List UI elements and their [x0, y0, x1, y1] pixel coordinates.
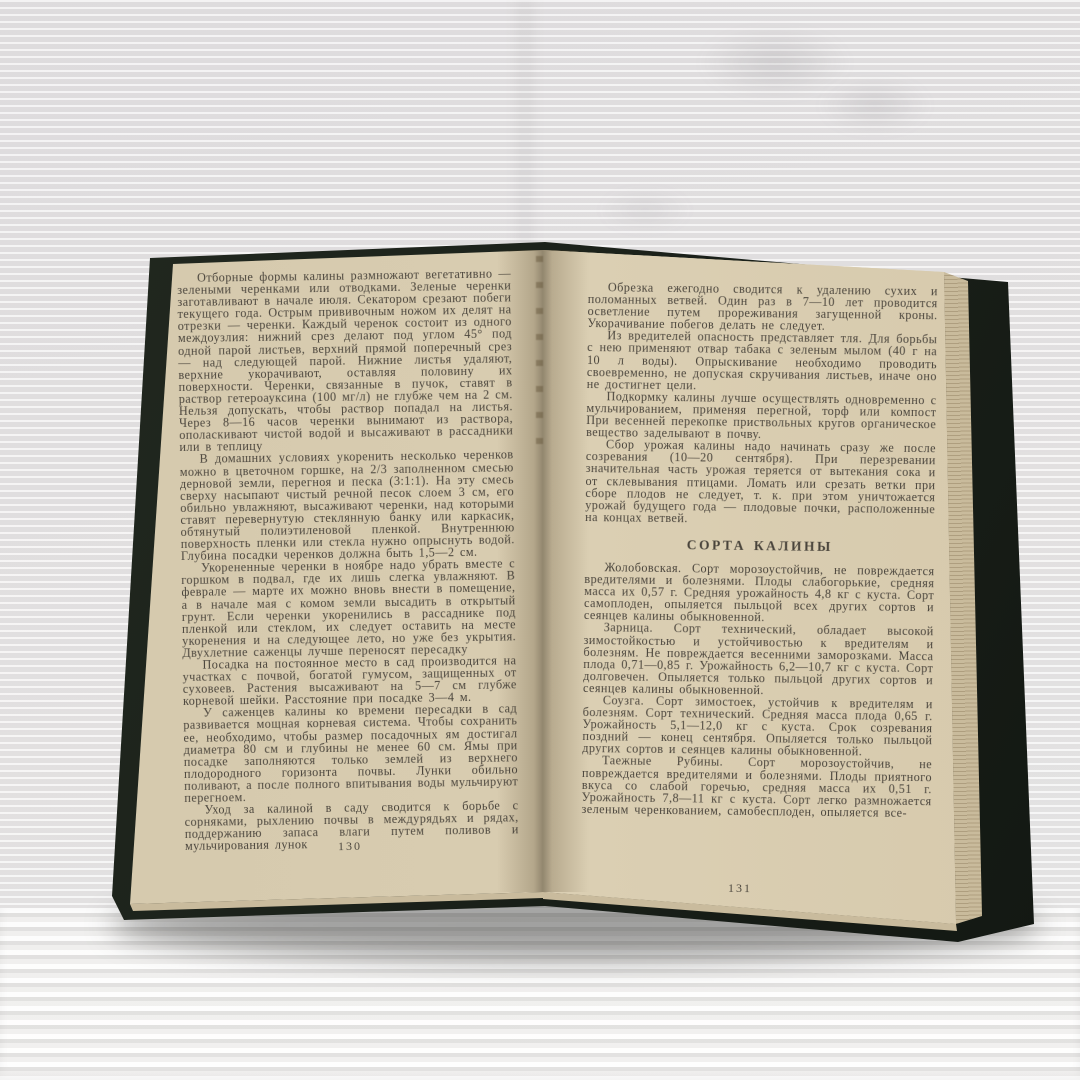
- fabric-crease: [512, 0, 538, 250]
- paragraph: Соузга. Сорт зимостоек, устойчив к вреди…: [582, 694, 933, 759]
- paragraph: Подкормку калины лучше осуществлять одно…: [586, 390, 937, 443]
- paragraph: Таежные Рубины. Сорт морозоустойчив, не …: [581, 754, 932, 819]
- left-page-text: Отборные формы калины размножают вегетат…: [177, 267, 519, 852]
- section-heading: СОРТА КАЛИНЫ: [585, 538, 935, 554]
- book-photo: Отборные формы калины размножают вегетат…: [0, 0, 1080, 1080]
- paragraph: Зарница. Сорт технический, обладает высо…: [583, 621, 934, 698]
- paragraph: У саженцев калины ко времени пересадки в…: [183, 703, 518, 804]
- paragraph: Посадка на постоянное место в сад произв…: [182, 654, 517, 707]
- paragraph: Из вредителей опасность представляет тля…: [587, 329, 938, 394]
- paragraph: Сбор урожая калины надо начинать сразу ж…: [585, 438, 936, 527]
- right-page-text: Обрезка ежегодно сводится к удалению сух…: [581, 281, 937, 819]
- paragraph: Укорененные черенки в ноябре надо убрать…: [181, 558, 516, 659]
- paragraph: Отборные формы калины размножают вегетат…: [177, 267, 514, 453]
- paragraph: В домашних условиях укоренить несколько …: [180, 449, 515, 562]
- spine-stitching: [536, 256, 543, 446]
- paragraph: Жолобовская. Сорт морозоустойчив, не пов…: [584, 561, 935, 626]
- paragraph: Обрезка ежегодно сводится к удалению сух…: [587, 281, 938, 334]
